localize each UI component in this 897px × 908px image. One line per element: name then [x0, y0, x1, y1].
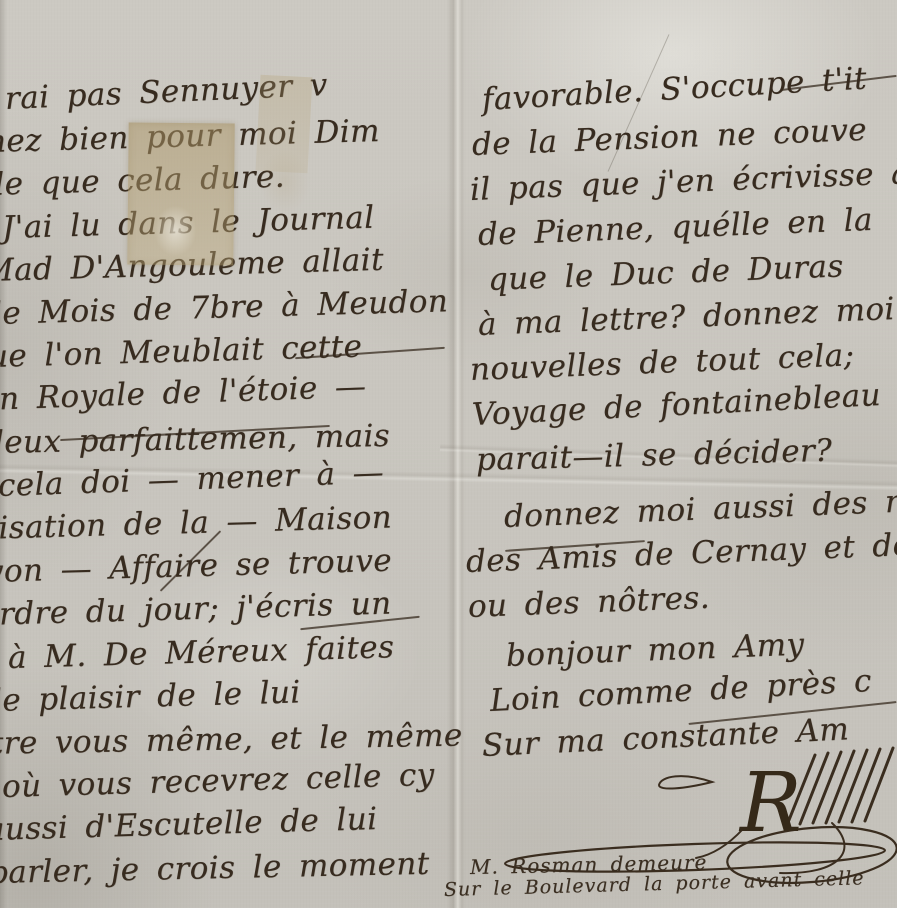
letter-photograph: rai pas Sennuyer v nez bien pour moi Dim… [0, 0, 897, 908]
manuscript-line: parler, je crois le moment [0, 842, 470, 895]
tape-stain [260, 150, 310, 214]
right-page-text: favorable. S'occupe t'it de la Pension n… [470, 78, 897, 769]
manuscript-line: parait—il se décider? [475, 427, 897, 483]
postscript: M. Rosman demeure Sur le Boulevard la po… [444, 856, 865, 902]
tape-patch [127, 122, 234, 265]
left-page-text: rai pas Sennuyer v nez bien pour moi Dim… [0, 78, 470, 895]
signature-initial: R [738, 756, 802, 851]
